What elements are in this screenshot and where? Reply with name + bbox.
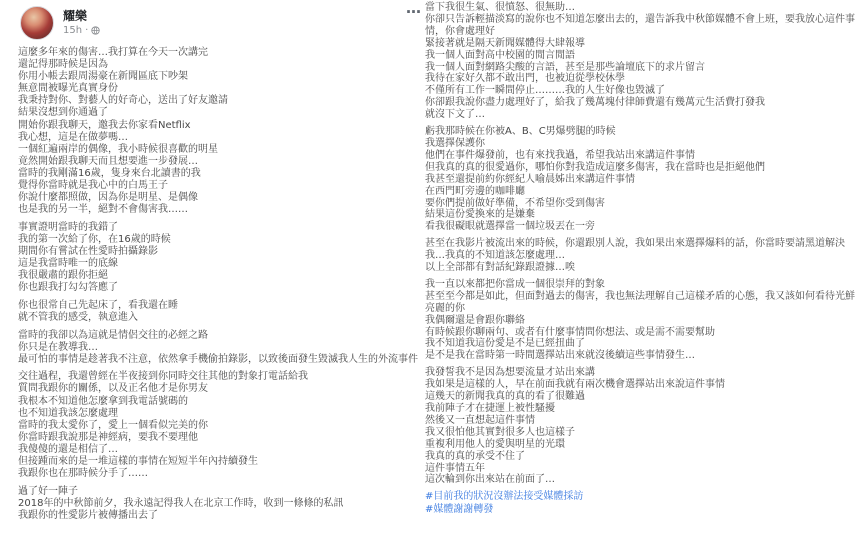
post-paragraph: 這麼多年來的傷害…我打算在今天一次講完 還記得那時候是因為 你用小帳去跟周湯豪在… (18, 47, 422, 216)
post-screenshot: 耀樂 15h · … 這麼多年來的傷害…我打算在今天一次講完 還記得那時候是因為… (0, 0, 860, 535)
post-paragraph: 當時的我卻以為這就是情侶交往的必經之路 你只是在教導我… 最可怕的事情是趁著我不… (18, 330, 422, 366)
post-paragraph: 過了好一陣子 2018年的中秋節前夕，我永遠記得我人在北京工作時，收到一條條的私… (18, 486, 422, 522)
author-name[interactable]: 耀樂 (63, 10, 100, 23)
post-paragraph: 當下我很生氣、很憤怒、很無助… 你卻只告訴輕描淡寫的說你也不知道怎麼出去的，還告… (425, 2, 859, 121)
post-body-left-column: 這麼多年來的傷害…我打算在今天一次講完 還記得那時候是因為 你用小帳去跟周湯豪在… (18, 47, 422, 527)
meta-separator: · (85, 25, 88, 36)
hashtag-list: #目前我的狀況沒辦法接受媒體採訪#媒體謝謝轉發 (425, 491, 859, 516)
hashtag-link[interactable]: #目前我的狀況沒辦法接受媒體採訪 (425, 491, 859, 503)
post-body-right-column: 當下我很生氣、很憤怒、很無助… 你卻只告訴輕描淡寫的說你也不知道怎麼出去的，還告… (425, 2, 859, 517)
author-block: 耀樂 15h · (63, 6, 100, 40)
avatar[interactable] (20, 6, 54, 40)
post-paragraph: 甚至在我影片被流出來的時候，你還跟別人說，我如果出來選擇爆料的話，你當時要請黑道… (425, 238, 859, 274)
timestamp[interactable]: 15h (63, 25, 82, 36)
more-options-button[interactable]: … (401, 0, 427, 20)
right-column-paragraphs: 當下我很生氣、很憤怒、很無助… 你卻只告訴輕描淡寫的說你也不知道怎麼出去的，還告… (425, 2, 859, 486)
post-paragraph: 虧我那時候在你被A、B、C男爆劈腿的時候 我選擇保護你 他們在事件爆發前，也有來… (425, 126, 859, 233)
post-paragraph: 我一直以來都把你當成一個很崇拜的對象 甚至至今都是如此，但面對過去的傷害，我也無… (425, 279, 859, 362)
globe-icon (91, 26, 100, 35)
post-paragraph: 事實證明當時的我錯了 我的第一次給了你，在16歲的時候 期間你有嘗試在性愛時拍攝… (18, 222, 422, 295)
post-meta: 15h · (63, 25, 100, 36)
hashtag-link[interactable]: #媒體謝謝轉發 (425, 504, 859, 516)
post-paragraph: 你也很常自己先起床了，看我還在睡 就不管我的感受，執意進入 (18, 300, 422, 324)
post-paragraph: 我發誓我不是因為想要流量才站出來講 我如果是這樣的人，早在前面我就有兩次機會選擇… (425, 367, 859, 486)
post-header: 耀樂 15h · (20, 6, 100, 40)
post-paragraph: 交往過程，我還曾經在半夜接到你同時交往其他的對象打電話給我 質問我跟你的關係，以… (18, 371, 422, 480)
